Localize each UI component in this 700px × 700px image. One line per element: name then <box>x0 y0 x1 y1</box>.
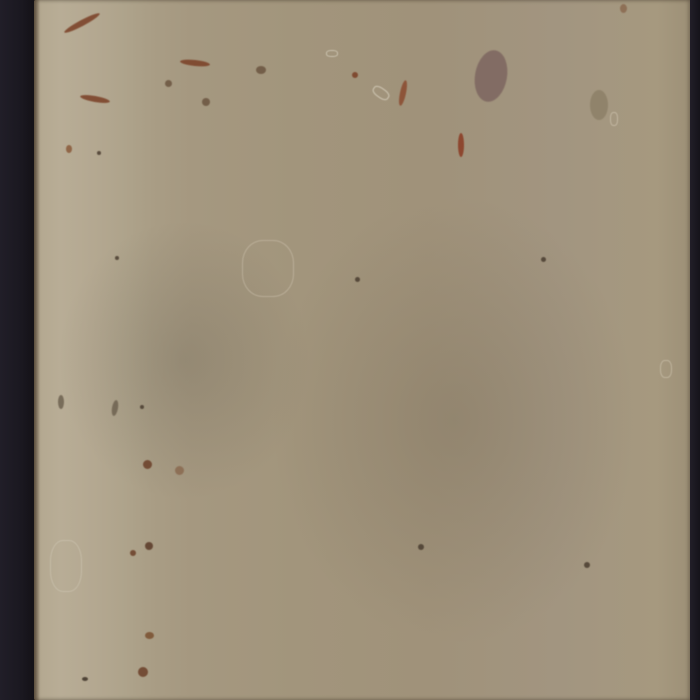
scuff-mark <box>242 240 294 297</box>
scuff-mark <box>610 112 618 126</box>
stain-spot <box>202 98 210 106</box>
stain-spot <box>138 667 148 677</box>
scuff-mark <box>660 360 672 378</box>
scuff-mark <box>50 540 82 592</box>
dark-backdrop-right <box>689 0 700 700</box>
stain-spot <box>355 277 360 282</box>
stain-spot <box>140 405 144 409</box>
stain-spot <box>352 72 358 78</box>
stain-spot <box>97 151 101 155</box>
stain-spot <box>145 632 154 639</box>
stain-spot <box>145 542 153 550</box>
stain-spot <box>584 562 590 568</box>
stain-spot <box>82 677 88 681</box>
stain-spot <box>541 257 546 262</box>
scuff-mark <box>326 50 338 57</box>
photo-scene <box>0 0 700 700</box>
cover-left-edge-shadow <box>34 0 40 700</box>
stain-spot <box>143 460 152 469</box>
dark-backdrop-left <box>0 0 36 700</box>
stain-spot <box>458 133 464 157</box>
stain-spot <box>165 80 172 87</box>
stain-spot <box>66 145 72 153</box>
stain-spot <box>590 90 608 120</box>
stain-spot <box>620 4 627 13</box>
stain-spot <box>58 395 64 409</box>
stain-spot <box>115 256 119 260</box>
stain-spot <box>418 544 424 550</box>
stain-spot <box>175 466 184 475</box>
stain-spot <box>256 66 266 74</box>
stain-spot <box>130 550 136 556</box>
